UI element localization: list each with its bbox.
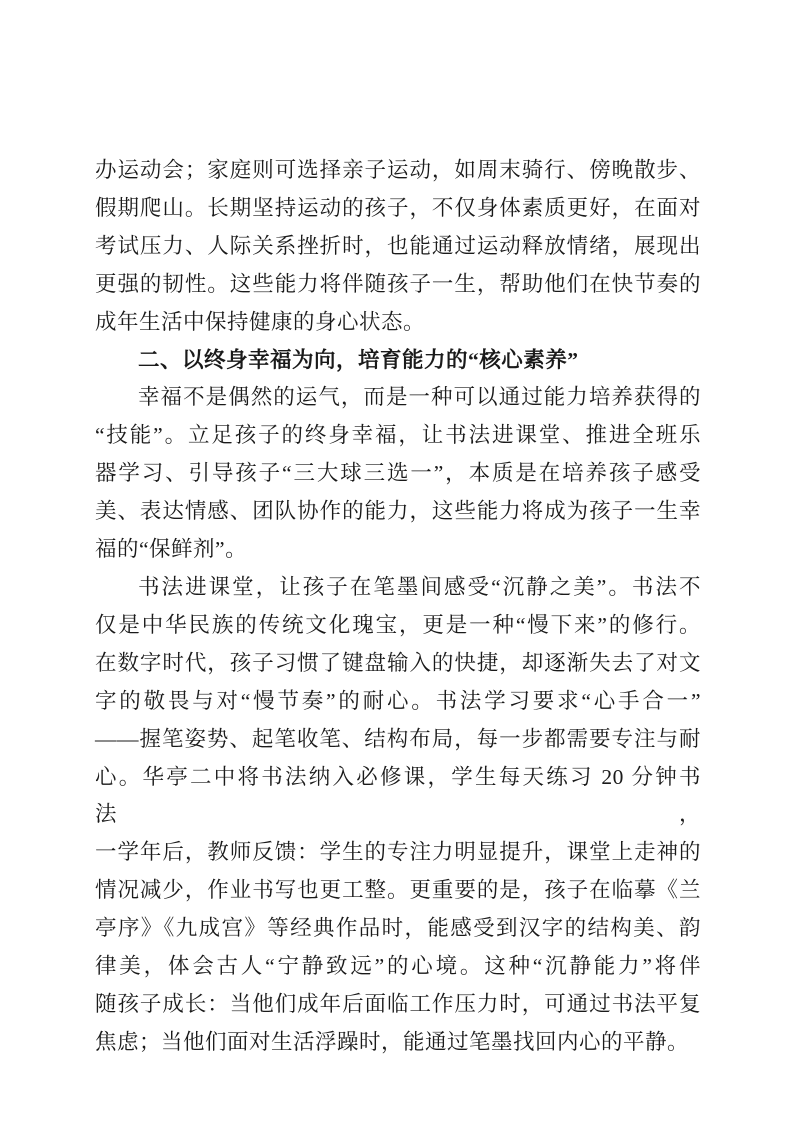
text-line: 办运动会；家庭则可选择亲子运动，如周末骑行、傍晚散步、 xyxy=(95,152,701,190)
text-line: 心。华亭二中将书法纳入必修课，学生每天练习 20 分钟书法， xyxy=(95,759,701,835)
document-page: 办运动会；家庭则可选择亲子运动，如周末骑行、傍晚散步、 假期爬山。长期坚持运动的… xyxy=(0,0,793,1122)
text-line: 焦虑；当他们面对生活浮躁时，能通过笔墨找回内心的平静。 xyxy=(95,1024,701,1062)
text-line: 器学习、引导孩子“三大球三选一”，本质是在培养孩子感受 xyxy=(95,455,701,493)
text-line: 律美，体会古人“宁静致远”的心境。这种“沉静能力”将伴 xyxy=(95,948,701,986)
text-line: 考试压力、人际关系挫折时，也能通过运动释放情绪，展现出 xyxy=(95,228,701,266)
text-line: 亭序》《九成宫》等经典作品时，能感受到汉字的结构美、韵 xyxy=(95,910,701,948)
text-line: 仅是中华民族的传统文化瑰宝，更是一种“慢下来”的修行。 xyxy=(95,607,701,645)
text-line: 字的敬畏与对“慢节奏”的耐心。书法学习要求“心手合一” xyxy=(95,683,701,721)
text-line: 假期爬山。长期坚持运动的孩子，不仅身体素质更好，在面对 xyxy=(95,190,701,228)
document-body: 办运动会；家庭则可选择亲子运动，如周末骑行、傍晚散步、 假期爬山。长期坚持运动的… xyxy=(95,152,701,1062)
text-line: 幸福不是偶然的运气，而是一种可以通过能力培养获得的 xyxy=(95,379,701,417)
text-line: 美、表达情感、团队协作的能力，这些能力将成为孩子一生幸 xyxy=(95,493,701,531)
text-line: 福的“保鲜剂”。 xyxy=(95,531,701,569)
section-heading: 二、以终身幸福为向，培育能力的“核心素养” xyxy=(95,342,701,380)
text-line: ——握笔姿势、起笔收笔、结构布局，每一步都需要专注与耐 xyxy=(95,721,701,759)
text-line: 更强的韧性。这些能力将伴随孩子一生，帮助他们在快节奏的 xyxy=(95,266,701,304)
text-line: 在数字时代，孩子习惯了键盘输入的快捷，却逐渐失去了对文 xyxy=(95,645,701,683)
text-line: 书法进课堂，让孩子在笔墨间感受“沉静之美”。书法不 xyxy=(95,569,701,607)
text-line: “技能”。立足孩子的终身幸福，让书法进课堂、推进全班乐 xyxy=(95,417,701,455)
text-line: 情况减少，作业书写也更工整。更重要的是，孩子在临摹《兰 xyxy=(95,872,701,910)
text-line: 成年生活中保持健康的身心状态。 xyxy=(95,304,701,342)
text-line: 一学年后，教师反馈：学生的专注力明显提升，课堂上走神的 xyxy=(95,834,701,872)
text-line: 随孩子成长：当他们成年后面临工作压力时，可通过书法平复 xyxy=(95,986,701,1024)
